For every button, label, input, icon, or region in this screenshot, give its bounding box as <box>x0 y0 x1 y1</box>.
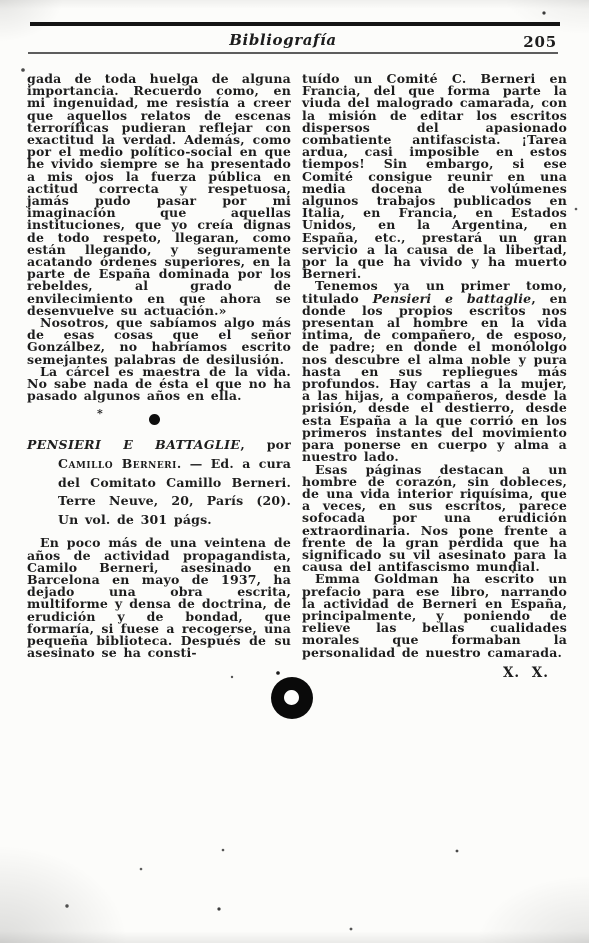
punch-hole-mark <box>271 677 313 719</box>
punch-hole-center <box>284 690 299 705</box>
paragraph: Tenemos ya un primer tomo, titulado Pens… <box>302 280 567 463</box>
paragraph: Nosotros, que sabíamos algo más de esas … <box>27 317 291 366</box>
page-number: 205 <box>523 33 557 51</box>
scanned-bibliography-page: Bibliografía 205 gada de toda huelga de … <box>0 0 589 943</box>
bibliography-entry-heading: PENSIERI E BATTAGLIE, por Camillo Berner… <box>27 436 291 529</box>
page-title: Bibliografía <box>0 31 566 49</box>
paragraph: Esas páginas destacan a un hombre de cor… <box>302 464 567 574</box>
right-column: tuído un Comité C. Berneri en Francia, d… <box>302 73 567 681</box>
section-separator: * <box>27 407 291 431</box>
paragraph-continuation: gada de toda huelga de alguna importanci… <box>27 73 291 317</box>
book-title: PENSIERI E BATTAGLIE <box>27 437 240 452</box>
paragraph-continuation: tuído un Comité C. Berneri en Francia, d… <box>302 73 567 280</box>
entry-by-label: , por <box>240 437 291 452</box>
paper-specks <box>0 0 2 2</box>
asterisk-mark-icon: * <box>97 408 103 419</box>
paragraph-text: , en donde los propios escritos nos pres… <box>302 291 567 465</box>
author-signature: X. X. <box>302 665 567 681</box>
paragraph: En poco más de una veintena de años de a… <box>27 537 291 659</box>
entry-author: Camillo Berneri <box>58 456 177 471</box>
paragraph: La cárcel es maestra de la vida. No sabe… <box>27 366 291 403</box>
header-rule-thin <box>28 52 558 54</box>
paragraph: Emma Goldman ha escrito un prefacio para… <box>302 573 567 658</box>
header-rule-thick <box>30 22 560 26</box>
left-column: gada de toda huelga de alguna importanci… <box>27 73 291 659</box>
bullet-separator-icon <box>149 414 160 425</box>
